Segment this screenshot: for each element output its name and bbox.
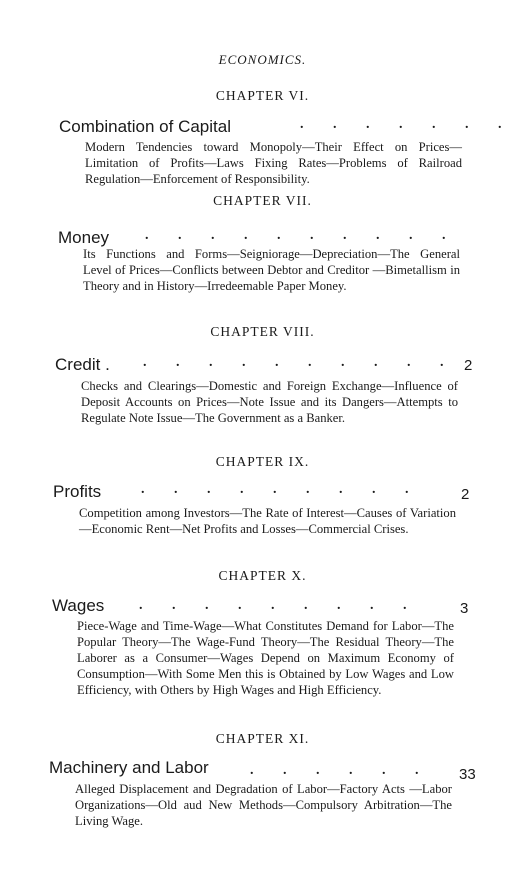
chapter-title: Combination of Capital bbox=[59, 117, 231, 137]
chapter-summary: Modern Tendencies toward Monopoly—Their … bbox=[85, 139, 462, 187]
chapter-title: Machinery and Labor bbox=[49, 758, 209, 778]
page-number: 3 bbox=[460, 600, 468, 617]
chapter-title: Money bbox=[58, 228, 109, 248]
chapter-summary: Alleged Displacement and Degradation of … bbox=[75, 781, 452, 829]
page-number: 2 bbox=[464, 357, 472, 374]
dot-leaders: . . . . . . . . . . bbox=[145, 228, 446, 244]
chapter-title: Credit . bbox=[55, 355, 110, 375]
chapter-summary: Checks and Clearings—Domestic and Foreig… bbox=[81, 378, 458, 426]
dot-leaders: . . . . . . . bbox=[300, 117, 502, 133]
chapter-heading: CHAPTER VIII. bbox=[0, 324, 525, 340]
chapter-heading: CHAPTER IX. bbox=[0, 454, 525, 470]
page-number: 2 bbox=[461, 486, 469, 503]
chapter-heading: CHAPTER XI. bbox=[0, 731, 525, 747]
chapter-title: Wages bbox=[52, 596, 104, 616]
dot-leaders: . . . . . . . . . bbox=[139, 598, 407, 614]
running-head: ECONOMICS. bbox=[0, 52, 525, 68]
dot-leaders: . . . . . . . . . . bbox=[143, 355, 444, 371]
chapter-heading: CHAPTER X. bbox=[0, 568, 525, 584]
chapter-title: Profits bbox=[53, 482, 101, 502]
book-page: ECONOMICS. CHAPTER VI. Combination of Ca… bbox=[0, 0, 525, 887]
chapter-heading: CHAPTER VII. bbox=[0, 193, 525, 209]
chapter-heading: CHAPTER VI. bbox=[0, 88, 525, 104]
dot-leaders: . . . . . . . . . bbox=[141, 482, 409, 498]
chapter-summary: Competition among Investors—The Rate of … bbox=[79, 505, 456, 537]
chapter-summary: Its Functions and Forms—Seigniorage—Depr… bbox=[83, 246, 460, 294]
dot-leaders: . . . . . . bbox=[250, 763, 419, 779]
chapter-summary: Piece-Wage and Time-Wage—What Constitute… bbox=[77, 618, 454, 698]
page-number: 33 bbox=[459, 766, 476, 783]
